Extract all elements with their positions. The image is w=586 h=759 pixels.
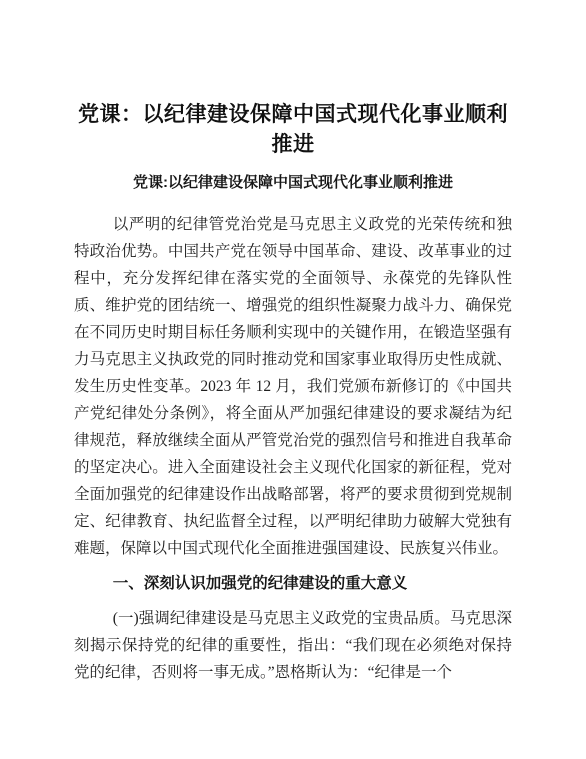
document-page: 党课：以纪律建设保障中国式现代化事业顺利推进 党课:以纪律建设保障中国式现代化事… <box>0 0 586 759</box>
intro-paragraph: 以严明的纪律管党治党是马克思主义政党的光荣传统和独特政治优势。中国共产党在领导中… <box>74 211 512 562</box>
section-paragraph: (一)强调纪律建设是马克思主义政党的宝贵品质。马克思深刻揭示保持党的纪律的重要性… <box>74 605 512 686</box>
document-subtitle: 党课:以纪律建设保障中国式现代化事业顺利推进 <box>74 174 512 192</box>
document-title: 党课：以纪律建设保障中国式现代化事业顺利推进 <box>78 0 508 160</box>
document-content: 党课：以纪律建设保障中国式现代化事业顺利推进 党课:以纪律建设保障中国式现代化事… <box>74 0 512 686</box>
section-heading: 一、深刻认识加强党的纪律建设的重大意义 <box>74 570 512 597</box>
